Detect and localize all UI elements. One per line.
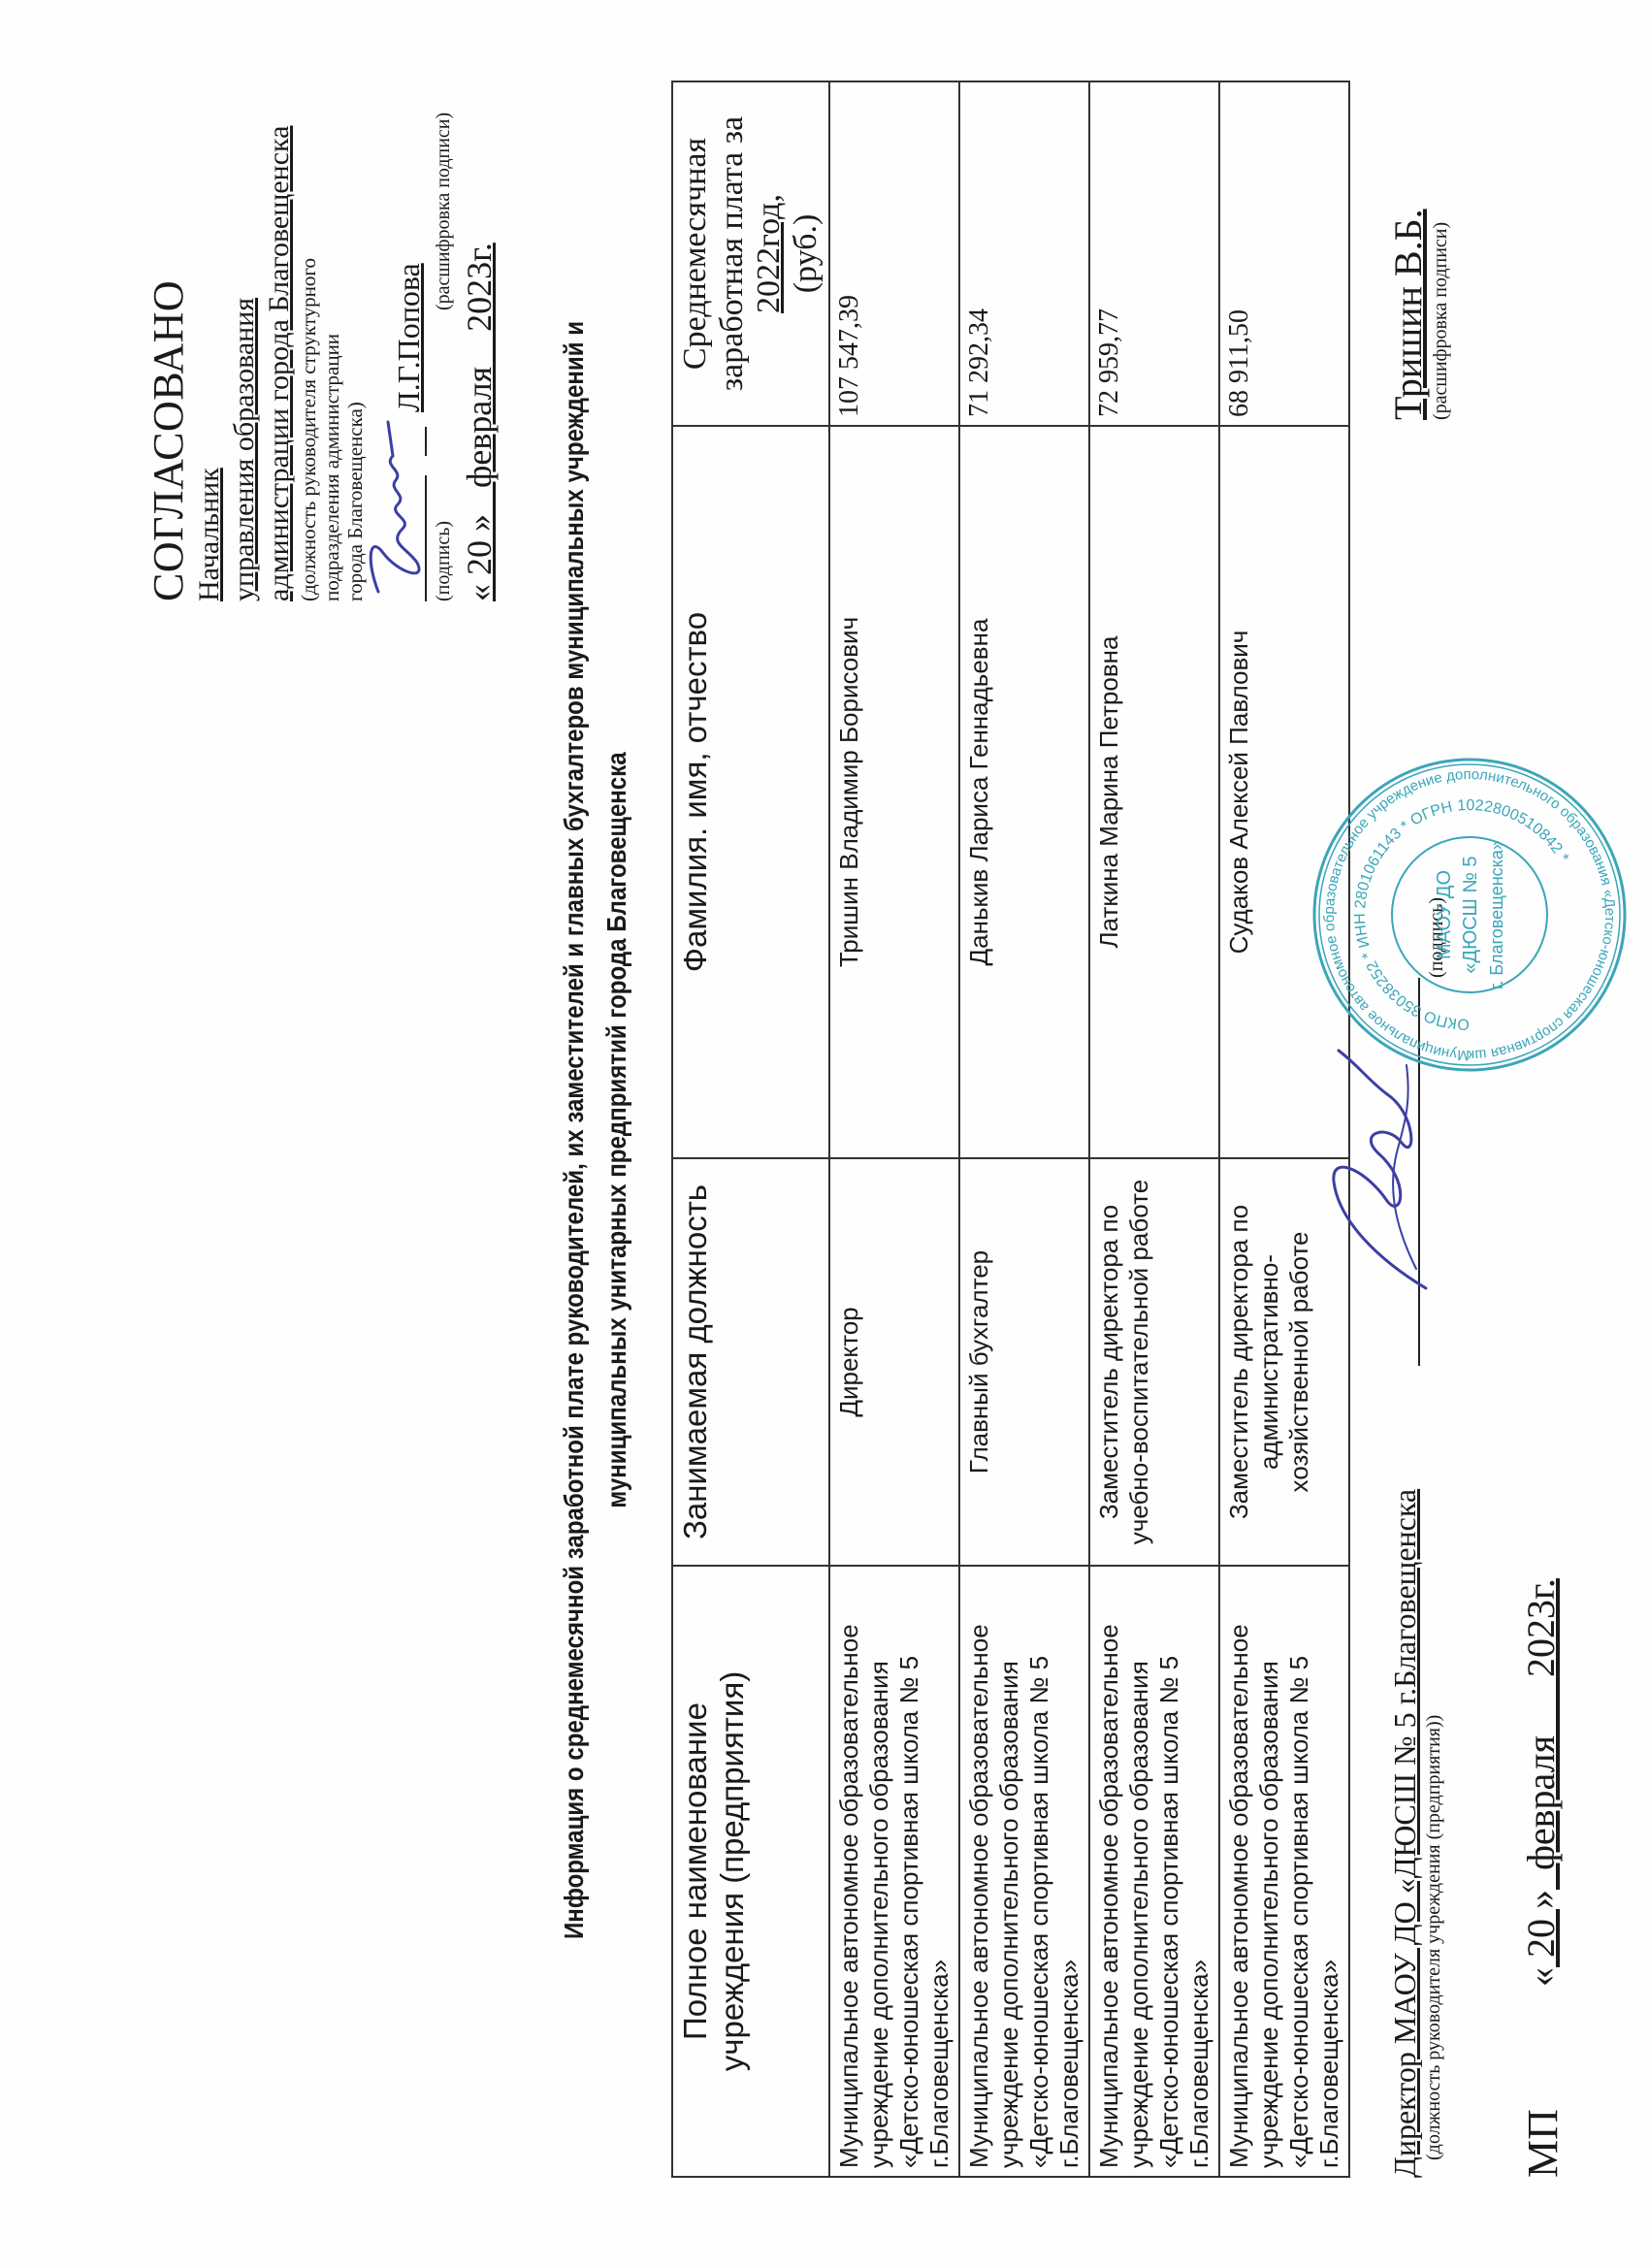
seal-mark: МП <box>1518 2109 1568 2178</box>
director-handwritten-signature-icon <box>1319 1046 1445 1298</box>
document-page: СОГЛАСОВАНО Начальник управления образов… <box>0 0 1649 2268</box>
salary-table: Полное наименование учреждения (предприя… <box>671 81 1350 2178</box>
cell-institution: Муниципальное автономное образовательное… <box>1089 1566 1219 2177</box>
date-month: февраля <box>1519 1677 1563 1890</box>
approval-block: СОГЛАСОВАНО Начальник управления образов… <box>145 58 501 601</box>
date-day: 20 <box>1519 1909 1563 1967</box>
stamp-center-line3: г. Благовещенска» <box>1487 840 1506 989</box>
decode-caption: (расшифровка подписи) <box>433 113 455 310</box>
stamp-center-line2: «ДЮСШ № 5 <box>1460 856 1481 973</box>
approver-position-caption-1: (должность руководителя структурного <box>297 58 320 601</box>
approver-name: Л.Г.Попова <box>391 263 427 412</box>
table-row: Муниципальное автономное образовательное… <box>959 81 1089 2177</box>
director-position-caption: (должность руководителя учреждения (пред… <box>1422 1489 1445 2178</box>
cell-position: Директор <box>829 1158 959 1566</box>
cell-institution: Муниципальное автономное образовательное… <box>1219 1566 1349 2177</box>
document-title: Информация о среднемесячной заработной п… <box>553 229 638 2031</box>
header-salary-year: 2022год, <box>751 90 788 417</box>
cell-position: Заместитель директора по учебно-воспитат… <box>1089 1158 1219 1566</box>
cell-institution: Муниципальное автономное образовательное… <box>959 1566 1089 2177</box>
approver-signature-row: Л.Г.Попова <box>376 58 433 601</box>
document-title-line1: Информация о среднемесячной заработной п… <box>553 229 596 2031</box>
signature-caption: (подпись) <box>433 521 455 601</box>
document-title-line2: муниципальных унитарных предприятий горо… <box>596 229 638 2031</box>
cell-fio: Латкина Марина Петровна <box>1089 426 1219 1158</box>
footer-director-block: Директор МАОУ ДО «ДЮСШ № 5 г.Благовещенс… <box>1387 1489 1445 2178</box>
date-open-quote: « <box>1519 1967 1563 1987</box>
header-salary-unit: (руб.) <box>788 90 824 417</box>
cell-fio: Тришин Владимир Борисович <box>829 426 959 1158</box>
approver-position-line3: администрации города Благовещенска <box>262 58 297 601</box>
director-name: Тришин В.Б. <box>1387 209 1430 420</box>
stamp-center-line1: МАОУ ДО <box>1434 870 1455 959</box>
date-year: 2023г. <box>1519 1578 1563 1677</box>
header-institution: Полное наименование учреждения (предприя… <box>672 1566 829 2177</box>
approver-captions: (подпись) (расшифровка подписи) <box>433 58 456 601</box>
header-salary-line1: Среднемесячная <box>677 90 714 417</box>
approver-position-line1: Начальник <box>192 58 227 601</box>
table-row: Муниципальное автономное образовательное… <box>1089 81 1219 2177</box>
cell-salary: 71 292,34 <box>959 81 1089 426</box>
approver-position-caption-2: подразделения администрации <box>320 58 343 601</box>
approver-position-line2: управления образования <box>227 58 262 601</box>
header-salary-line2: заработная плата за <box>714 90 751 417</box>
cell-institution: Муниципальное автономное образовательное… <box>829 1566 959 2177</box>
cell-position: Главный бухгалтер <box>959 1158 1089 1566</box>
signature-dash <box>425 427 427 456</box>
footer-date: « 20 » февраля 2023г. <box>1518 1578 1564 1987</box>
header-salary: Среднемесячная заработная плата за 2022г… <box>672 81 829 426</box>
table-row: Муниципальное автономное образовательное… <box>829 81 959 2177</box>
approval-heading: СОГЛАСОВАНО <box>145 58 192 601</box>
cell-salary: 72 959,77 <box>1089 81 1219 426</box>
header-institution-line1: Полное наименование <box>677 1574 714 2168</box>
cell-salary: 68 911,50 <box>1219 81 1349 426</box>
date-close-quote: » <box>1519 1890 1563 1909</box>
director-decode-caption: (расшифровка подписи) <box>1430 209 1451 420</box>
director-position: Директор МАОУ ДО «ДЮСШ № 5 г.Благовещенс… <box>1387 1489 1422 2178</box>
approval-date: « 20 » февраля 2023г. <box>458 58 501 601</box>
official-stamp-icon: Муниципальное автономное образовательное… <box>1309 755 1630 1075</box>
cell-salary: 107 547,39 <box>829 81 959 426</box>
header-position: Занимаемая должность <box>672 1158 829 1566</box>
header-fio: Фамилия. имя, отчество <box>672 426 829 1158</box>
director-decode-block: Тришин В.Б. (расшифровка подписи) <box>1387 209 1451 420</box>
cell-fio: Данькив Лариса Геннадьевна <box>959 426 1089 1158</box>
header-institution-line2: учреждения (предприятия) <box>714 1574 751 2168</box>
table-header-row: Полное наименование учреждения (предприя… <box>672 81 829 2177</box>
